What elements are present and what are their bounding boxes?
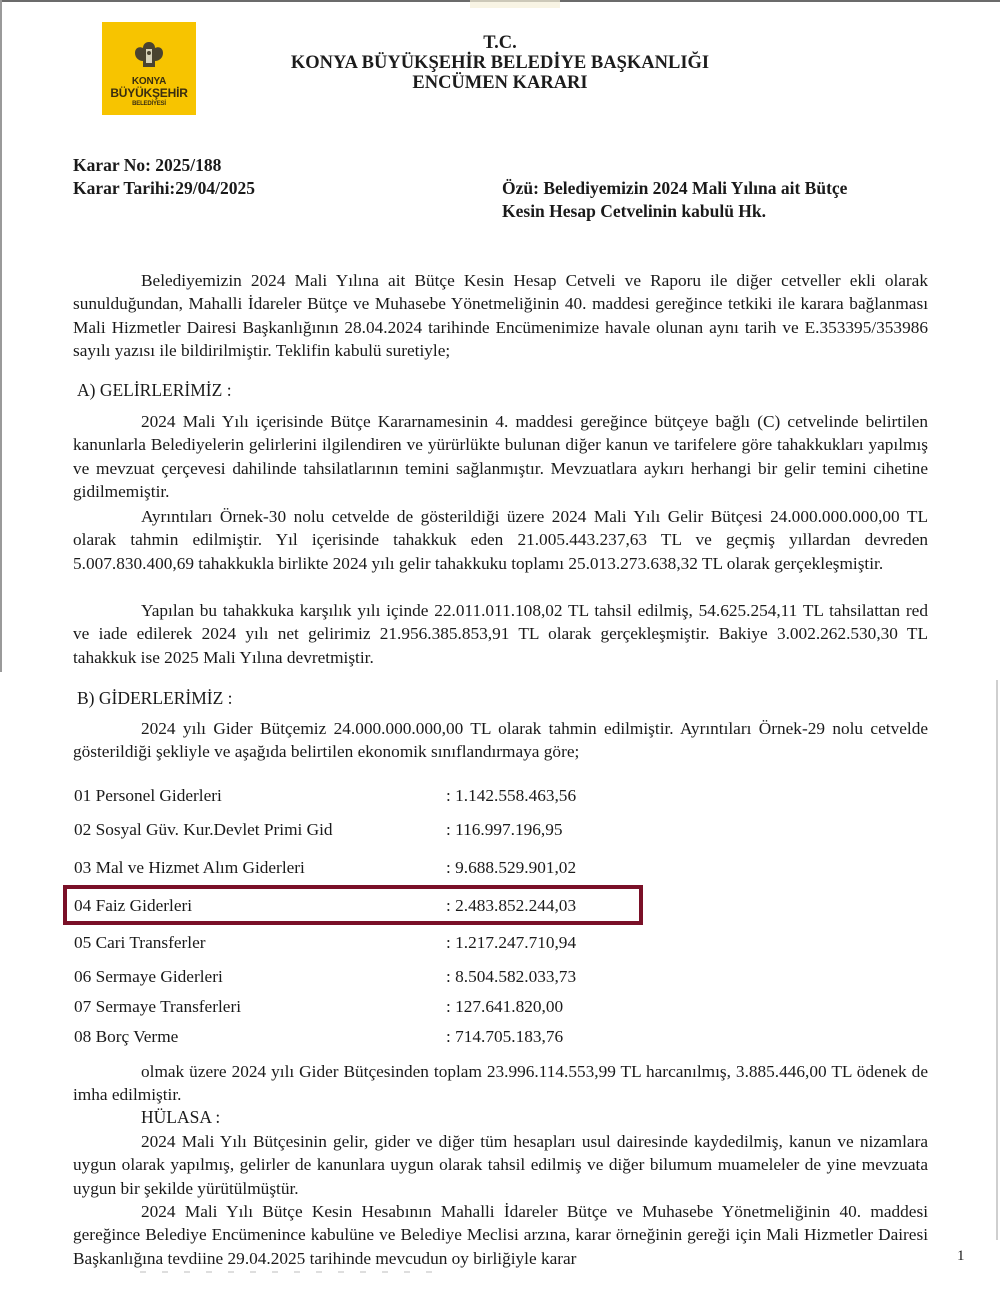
expense-row: 07 Sermaye Transferleri: 127.641.820,00 [74, 996, 634, 1018]
expense-amount: : 714.705.183,76 [446, 1026, 563, 1048]
expense-label: 03 Mal ve Hizmet Alım Giderleri [74, 857, 305, 879]
summary-text-1: 2024 Mali Yılı Bütçesinin gelir, gider v… [73, 1132, 928, 1198]
expense-paragraph-2: olmak üzere 2024 yılı Gider Bütçesinden … [73, 1060, 928, 1107]
expense-row: 05 Cari Transferler: 1.217.247.710,94 [74, 932, 634, 954]
intro-text: Belediyemizin 2024 Mali Yılına ait Bütçe… [73, 271, 928, 360]
section-a-heading: A) GELİRLERİMİZ : [77, 380, 232, 401]
page-right-edge [996, 680, 998, 1240]
expense-row: 03 Mal ve Hizmet Alım Giderleri: 9.688.5… [74, 857, 634, 879]
income-paragraph-2: Ayrıntıları Örnek-30 nolu cetvelde de gö… [73, 505, 928, 575]
expense-amount: : 127.641.820,00 [446, 996, 563, 1018]
summary-paragraph-2: 2024 Mali Yılı Bütçe Kesin Hesabının Mah… [73, 1200, 928, 1270]
highlight-box [63, 885, 643, 925]
logo-text-belediyesi: BELEDİYESİ [132, 101, 166, 107]
income-text-3: Yapılan bu tahakkuka karşılık yılı içind… [73, 601, 928, 667]
expense-text-1: 2024 yılı Gider Bütçemiz 24.000.000.000,… [73, 719, 928, 761]
expense-label: 08 Borç Verme [74, 1026, 178, 1048]
subject-line-2: Kesin Hesap Cetvelinin kabulü Hk. [502, 200, 847, 223]
expense-label: 02 Sosyal Güv. Kur.Devlet Primi Gid [74, 819, 333, 841]
income-text-2: Ayrıntıları Örnek-30 nolu cetvelde de gö… [73, 507, 928, 573]
expense-label: 07 Sermaye Transferleri [74, 996, 241, 1018]
expense-paragraph-1: 2024 yılı Gider Bütçemiz 24.000.000.000,… [73, 717, 928, 764]
decision-date: Karar Tarihi:29/04/2025 [73, 177, 255, 200]
expense-amount: : 1.142.558.463,56 [446, 785, 576, 807]
summary-text-2: 2024 Mali Yılı Bütçe Kesin Hesabının Mah… [73, 1202, 928, 1268]
decision-meta: Karar No: 2025/188 Karar Tarihi:29/04/20… [73, 154, 255, 200]
expense-amount: : 9.688.529.901,02 [446, 857, 576, 879]
expense-amount: : 1.217.247.710,94 [446, 932, 576, 954]
logo-text-buyuksehir: BÜYÜKŞEHİR [110, 87, 187, 99]
decision-subject: Özü: Belediyemizin 2024 Mali Yılına ait … [502, 177, 847, 223]
expense-label: 05 Cari Transferler [74, 932, 206, 954]
decision-number: Karar No: 2025/188 [73, 154, 255, 177]
section-b-heading: B) GİDERLERİMİZ : [77, 688, 233, 709]
summary-paragraph-1: 2024 Mali Yılı Bütçesinin gelir, gider v… [73, 1130, 928, 1200]
subject-line-1: Özü: Belediyemizin 2024 Mali Yılına ait … [502, 177, 847, 200]
expense-row: 02 Sosyal Güv. Kur.Devlet Primi Gid: 116… [74, 819, 634, 841]
scan-artifact [470, 0, 560, 8]
page-left-edge [0, 0, 2, 672]
double-headed-eagle-icon [132, 39, 166, 73]
expense-amount: : 116.997.196,95 [446, 819, 563, 841]
intro-paragraph: Belediyemizin 2024 Mali Yılına ait Bütçe… [73, 269, 928, 362]
header-title: ENCÜMEN KARARI [240, 73, 760, 93]
header-tc: T.C. [240, 33, 760, 53]
expense-label: 06 Sermaye Giderleri [74, 966, 223, 988]
expense-row: 01 Personel Giderleri: 1.142.558.463,56 [74, 785, 634, 807]
cutoff-text-line [140, 1271, 440, 1273]
income-paragraph-1: 2024 Mali Yılı içerisinde Bütçe Kararnam… [73, 410, 928, 503]
expense-label: 01 Personel Giderleri [74, 785, 222, 807]
expense-amount: : 8.504.582.033,73 [446, 966, 576, 988]
income-text-1: 2024 Mali Yılı içerisinde Bütçe Kararnam… [73, 412, 928, 501]
document-header: T.C. KONYA BÜYÜKŞEHİR BELEDİYE BAŞKANLIĞ… [240, 33, 760, 93]
income-paragraph-3: Yapılan bu tahakkuka karşılık yılı içind… [73, 599, 928, 669]
expense-row: 08 Borç Verme: 714.705.183,76 [74, 1026, 634, 1048]
summary-heading: HÜLASA : [141, 1107, 220, 1128]
header-institution: KONYA BÜYÜKŞEHİR BELEDİYE BAŞKANLIĞI [240, 53, 760, 73]
page-number: 1 [957, 1248, 965, 1265]
expense-text-2: olmak üzere 2024 yılı Gider Bütçesinden … [73, 1062, 928, 1104]
expense-row: 06 Sermaye Giderleri: 8.504.582.033,73 [74, 966, 634, 988]
municipality-logo: KONYA BÜYÜKŞEHİR BELEDİYESİ [102, 22, 196, 115]
